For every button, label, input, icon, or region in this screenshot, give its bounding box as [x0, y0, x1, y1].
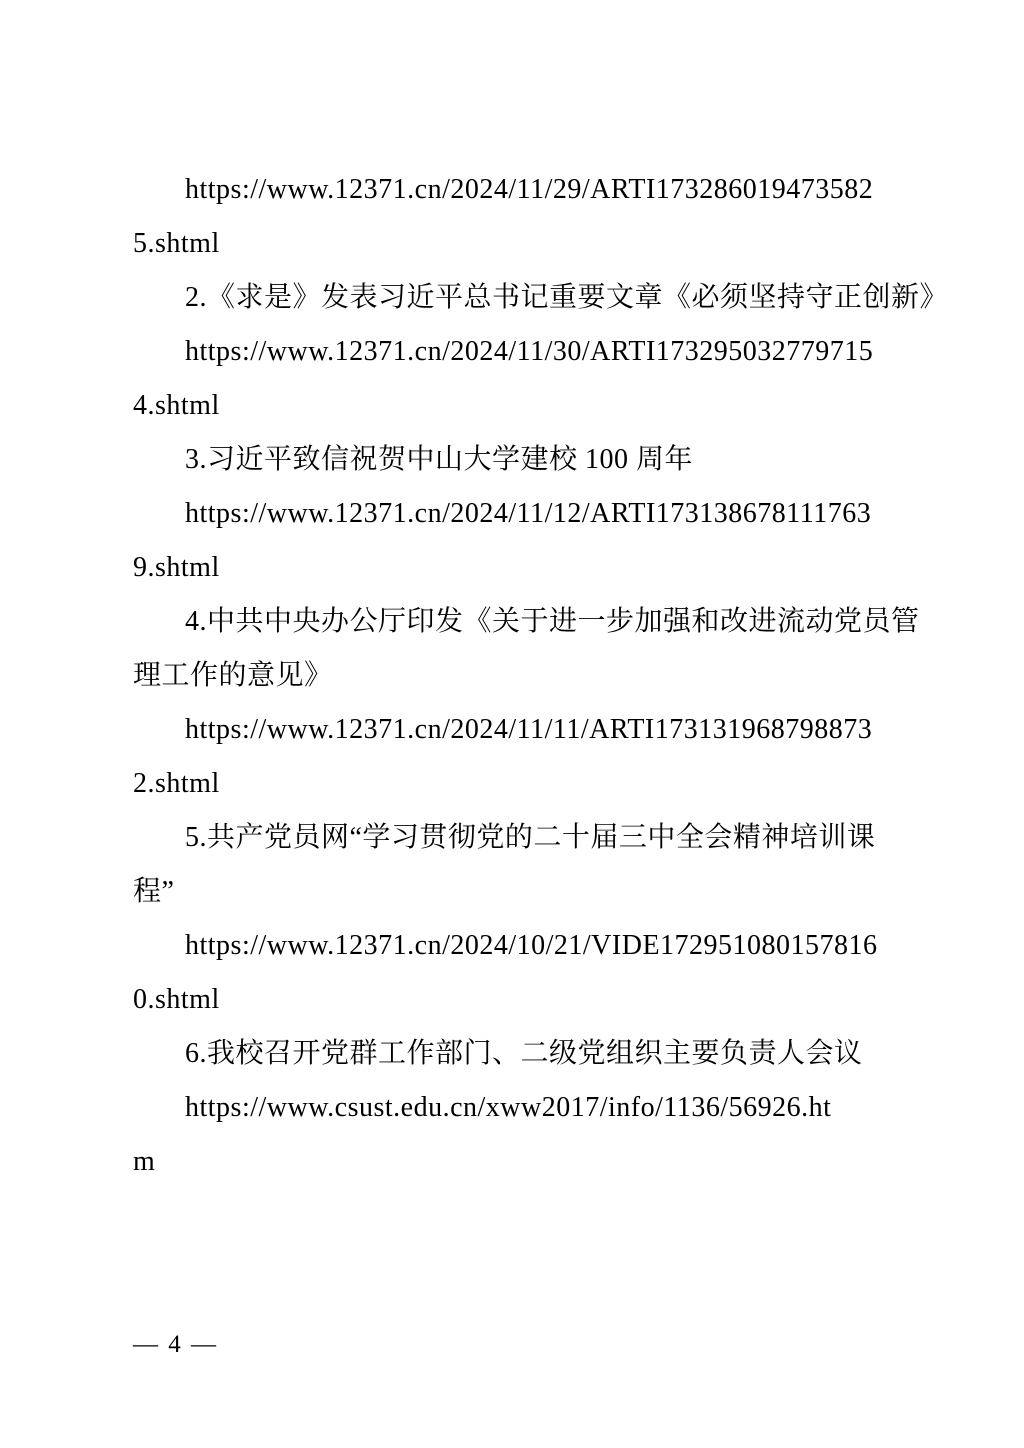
url-wrap-line: 4.shtml: [133, 379, 908, 433]
list-item-line: 6.我校召开党群工作部门、二级党组织主要负责人会议: [133, 1027, 908, 1081]
document-body: https://www.12371.cn/2024/11/29/ARTI1732…: [133, 163, 908, 1189]
list-item-line: 3.习近平致信祝贺中山大学建校 100 周年: [133, 433, 908, 487]
url-wrap-line: 5.shtml: [133, 217, 908, 271]
url-wrap-line: 9.shtml: [133, 541, 908, 595]
url-wrap-line: 0.shtml: [133, 973, 908, 1027]
document-page: https://www.12371.cn/2024/11/29/ARTI1732…: [0, 0, 1024, 1448]
url-line: https://www.12371.cn/2024/11/12/ARTI1731…: [133, 487, 908, 541]
list-item-line: 4.中共中央办公厅印发《关于进一步加强和改进流动党员管: [133, 595, 908, 649]
item-wrap-line: 程”: [133, 865, 908, 919]
url-line: https://www.csust.edu.cn/xww2017/info/11…: [133, 1081, 908, 1135]
page-number: — 4 —: [133, 1330, 218, 1360]
list-item-line: 5.共产党员网“学习贯彻党的二十届三中全会精神培训课: [133, 811, 908, 865]
url-line: https://www.12371.cn/2024/11/11/ARTI1731…: [133, 703, 908, 757]
url-line: https://www.12371.cn/2024/11/30/ARTI1732…: [133, 325, 908, 379]
url-line: https://www.12371.cn/2024/11/29/ARTI1732…: [133, 163, 908, 217]
list-item-line: 2.《求是》发表习近平总书记重要文章《必须坚持守正创新》: [133, 271, 908, 325]
url-wrap-line: 2.shtml: [133, 757, 908, 811]
url-wrap-line: m: [133, 1135, 908, 1189]
url-line: https://www.12371.cn/2024/10/21/VIDE1729…: [133, 919, 908, 973]
item-wrap-line: 理工作的意见》: [133, 649, 908, 703]
